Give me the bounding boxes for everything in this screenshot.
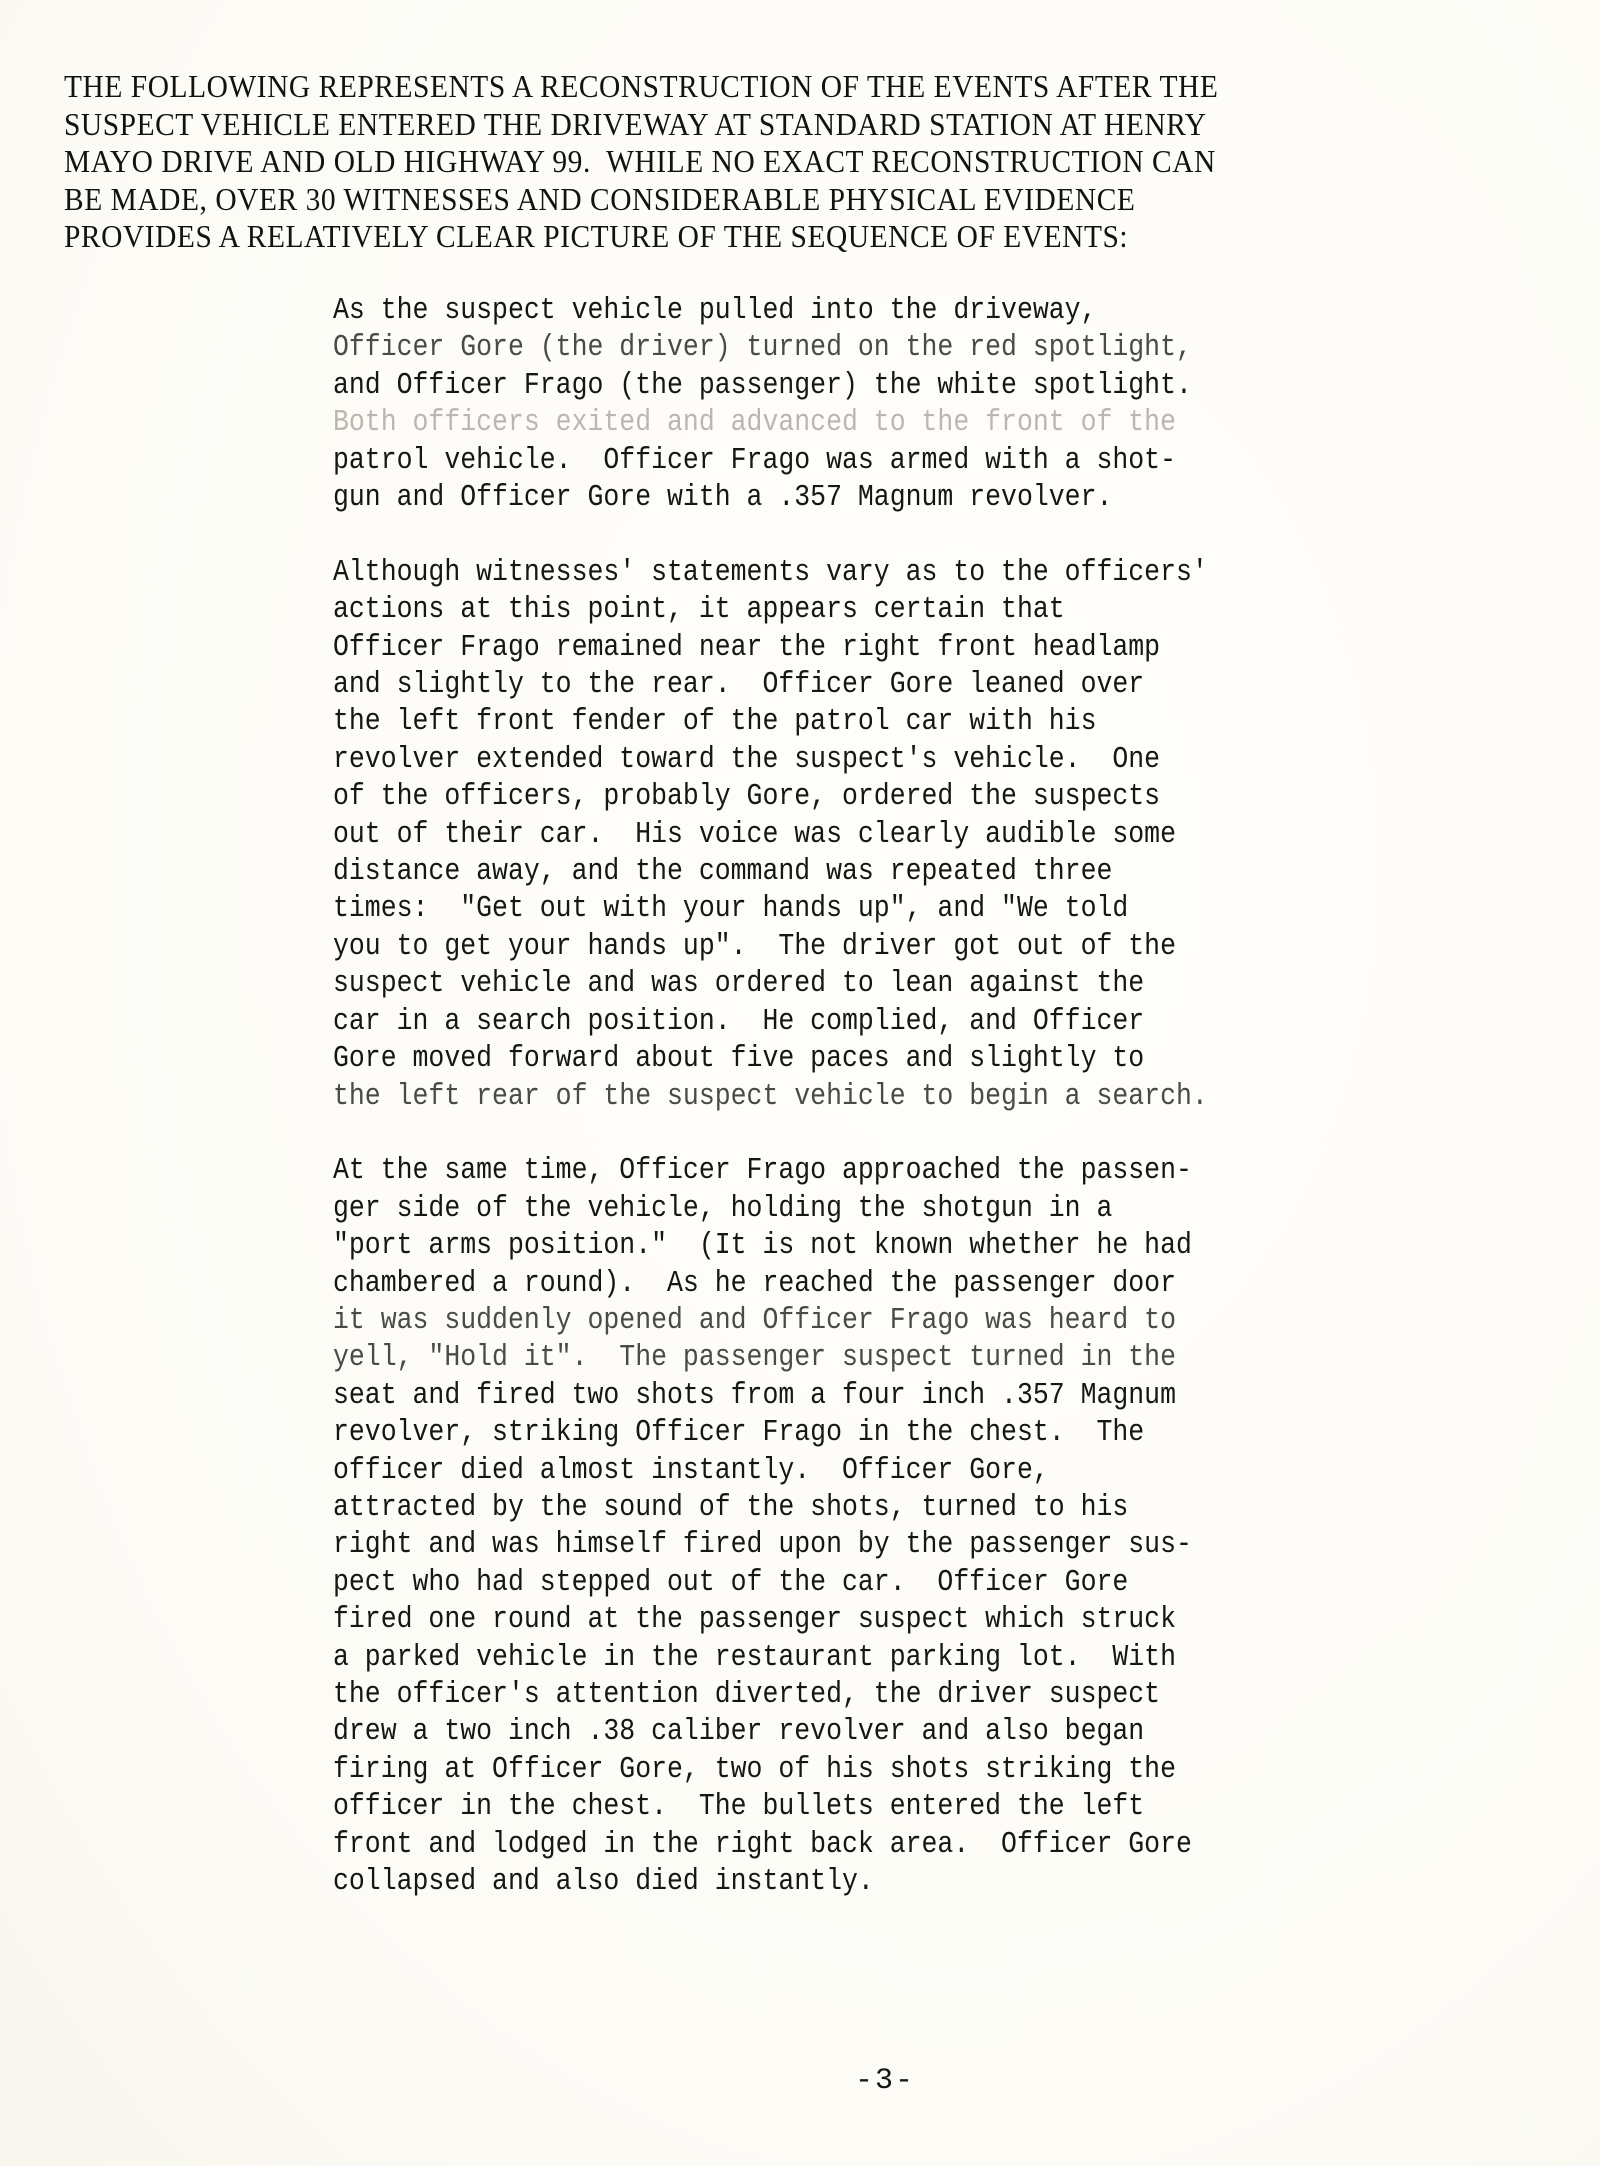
paragraph-spotlights: As the suspect vehicle pulled into the d…: [333, 292, 1402, 516]
text-line: officer died almost instantly. Officer G…: [333, 1452, 1402, 1489]
text-line: and Officer Frago (the passenger) the wh…: [333, 367, 1402, 404]
text-line: out of their car. His voice was clearly …: [333, 816, 1402, 853]
text-line: the left front fender of the patrol car …: [333, 703, 1402, 740]
text-line: fired one round at the passenger suspect…: [333, 1601, 1402, 1638]
text-line: seat and fired two shots from a four inc…: [333, 1377, 1402, 1414]
text-line: gun and Officer Gore with a .357 Magnum …: [333, 479, 1402, 516]
text-line: drew a two inch .38 caliber revolver and…: [333, 1713, 1402, 1750]
document-page: THE FOLLOWING REPRESENTS A RECONSTRUCTIO…: [0, 0, 1600, 2166]
paragraph-officer-actions: Although witnesses' statements vary as t…: [333, 554, 1402, 1115]
text-line: a parked vehicle in the restaurant parki…: [333, 1639, 1402, 1676]
text-line: chambered a round). As he reached the pa…: [333, 1265, 1402, 1302]
text-line: Officer Frago remained near the right fr…: [333, 629, 1402, 666]
paragraph-shooting: At the same time, Officer Frago approach…: [333, 1152, 1402, 1900]
text-line: it was suddenly opened and Officer Frago…: [333, 1302, 1402, 1339]
text-line: Both officers exited and advanced to the…: [333, 404, 1402, 441]
text-line: car in a search position. He complied, a…: [333, 1003, 1402, 1040]
text-line: At the same time, Officer Frago approach…: [333, 1152, 1402, 1189]
text-line: yell, "Hold it". The passenger suspect t…: [333, 1339, 1402, 1376]
document-body: As the suspect vehicle pulled into the d…: [333, 292, 1402, 1938]
text-line: right and was himself fired upon by the …: [333, 1526, 1402, 1563]
text-line: officer in the chest. The bullets entere…: [333, 1788, 1402, 1825]
text-line: distance away, and the command was repea…: [333, 853, 1402, 890]
text-line: the left rear of the suspect vehicle to …: [333, 1078, 1402, 1115]
header-line: PROVIDES A RELATIVELY CLEAR PICTURE OF T…: [64, 218, 1426, 256]
text-line: Gore moved forward about five paces and …: [333, 1040, 1402, 1077]
text-line: times: "Get out with your hands up", and…: [333, 890, 1402, 927]
text-line: actions at this point, it appears certai…: [333, 591, 1402, 628]
page-number: -3-: [855, 2064, 915, 2098]
text-line: As the suspect vehicle pulled into the d…: [333, 292, 1402, 329]
text-line: Officer Gore (the driver) turned on the …: [333, 329, 1402, 366]
text-line: revolver, striking Officer Frago in the …: [333, 1414, 1402, 1451]
text-line: suspect vehicle and was ordered to lean …: [333, 965, 1402, 1002]
header-line: THE FOLLOWING REPRESENTS A RECONSTRUCTIO…: [64, 68, 1426, 106]
text-line: the officer's attention diverted, the dr…: [333, 1676, 1402, 1713]
text-line: revolver extended toward the suspect's v…: [333, 741, 1402, 778]
text-line: attracted by the sound of the shots, tur…: [333, 1489, 1402, 1526]
text-line: ger side of the vehicle, holding the sho…: [333, 1190, 1402, 1227]
header-line: BE MADE, OVER 30 WITNESSES AND CONSIDERA…: [64, 181, 1426, 219]
text-line: firing at Officer Gore, two of his shots…: [333, 1751, 1402, 1788]
document-intro-header: THE FOLLOWING REPRESENTS A RECONSTRUCTIO…: [64, 68, 1426, 256]
text-line: front and lodged in the right back area.…: [333, 1826, 1402, 1863]
text-line: of the officers, probably Gore, ordered …: [333, 778, 1402, 815]
text-line: Although witnesses' statements vary as t…: [333, 554, 1402, 591]
header-line: SUSPECT VEHICLE ENTERED THE DRIVEWAY AT …: [64, 106, 1426, 144]
text-line: collapsed and also died instantly.: [333, 1863, 1402, 1900]
text-line: "port arms position." (It is not known w…: [333, 1227, 1402, 1264]
text-line: you to get your hands up". The driver go…: [333, 928, 1402, 965]
text-line: and slightly to the rear. Officer Gore l…: [333, 666, 1402, 703]
text-line: patrol vehicle. Officer Frago was armed …: [333, 442, 1402, 479]
header-line: MAYO DRIVE AND OLD HIGHWAY 99. WHILE NO …: [64, 143, 1426, 181]
text-line: pect who had stepped out of the car. Off…: [333, 1564, 1402, 1601]
